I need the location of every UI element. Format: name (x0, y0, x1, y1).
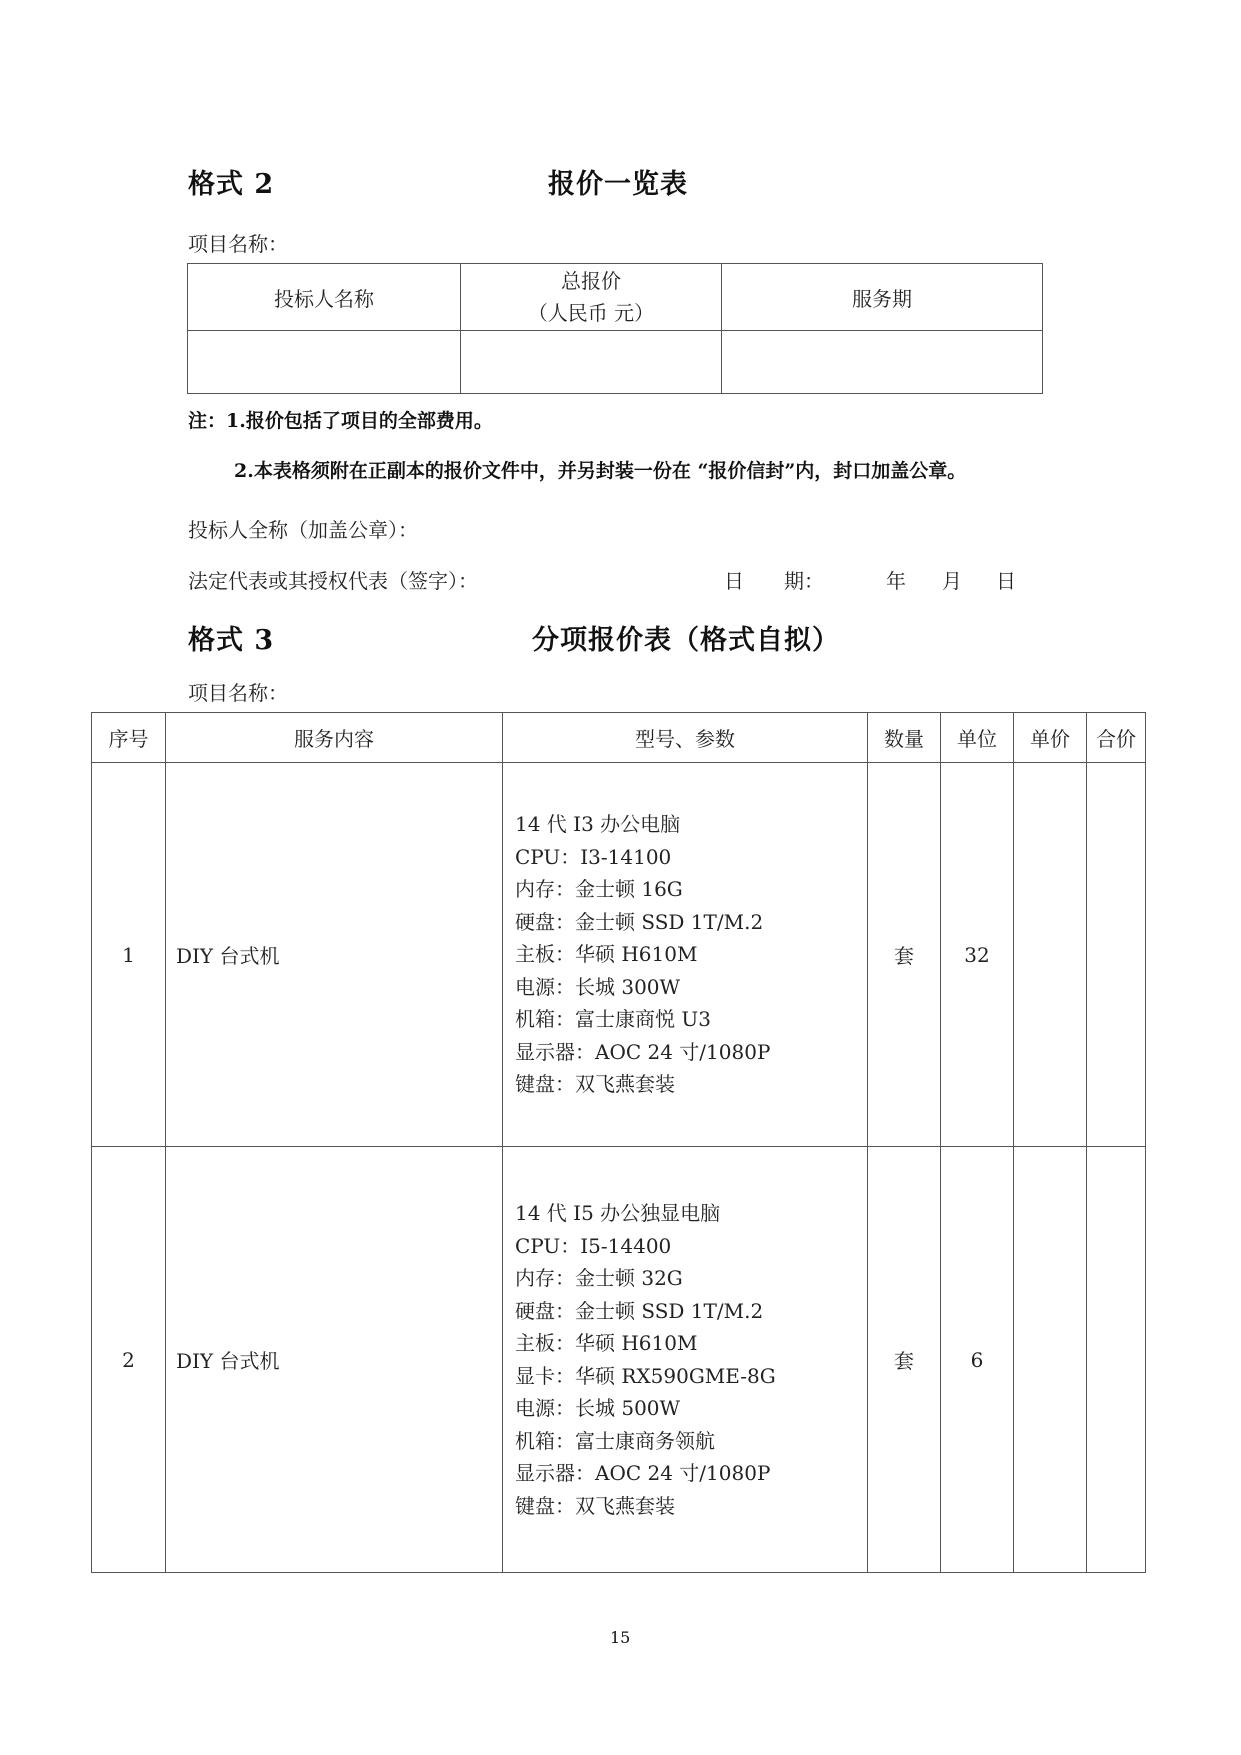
row-unit: 6 (941, 1147, 1014, 1573)
header-unit-price: 单价 (1014, 713, 1087, 763)
date-year: 年 (886, 565, 906, 594)
spec-line: 键盘：双飞燕套装 (515, 1490, 866, 1523)
spec-line: 内存：金士顿 32G (515, 1262, 866, 1295)
format2-label: 格式 2 (188, 162, 274, 201)
spec-line: 硬盘：金士顿 SSD 1T/M.2 (515, 1295, 866, 1328)
header-total: 合价 (1087, 713, 1146, 763)
row-qty: 套 (868, 763, 941, 1147)
spec-line: 显卡：华硕 RX590GME-8G (515, 1360, 866, 1393)
note-2: 2.本表格须附在正副本的报价文件中，并另封装一份在 “报价信封”内，封口加盖公章… (234, 456, 966, 483)
row-content: DIY 台式机 (166, 763, 503, 1147)
row-unit-price[interactable] (1014, 763, 1087, 1147)
row-unit: 32 (941, 763, 1014, 1147)
header-specs: 型号、参数 (503, 713, 868, 763)
row-total[interactable] (1087, 763, 1146, 1147)
row-specs: 14 代 I3 办公电脑 CPU：I3-14100 内存：金士顿 16G 硬盘：… (503, 763, 868, 1147)
spec-line: 14 代 I5 办公独显电脑 (515, 1197, 866, 1230)
total-price-currency: （人民币 元） (462, 297, 720, 329)
format2-title: 报价一览表 (548, 162, 688, 201)
spec-line: 硬盘：金士顿 SSD 1T/M.2 (515, 906, 866, 939)
table-row: 1 DIY 台式机 14 代 I3 办公电脑 CPU：I3-14100 内存：金… (92, 763, 1146, 1147)
row-qty: 套 (868, 1147, 941, 1573)
spec-line: 14 代 I3 办公电脑 (515, 808, 866, 841)
total-price-label: 总报价 (462, 265, 720, 297)
spec-line: 电源：长城 500W (515, 1392, 866, 1425)
date-day: 日 (996, 565, 1016, 594)
date-label: 日 期： (724, 565, 824, 594)
header-unit: 单位 (941, 713, 1014, 763)
spec-line: 显示器：AOC 24 寸/1080P (515, 1457, 866, 1490)
cell-total-price[interactable] (461, 331, 722, 394)
header-service-period: 服务期 (722, 264, 1043, 331)
spec-line: 主板：华硕 H610M (515, 1327, 866, 1360)
row-no: 1 (92, 763, 166, 1147)
header-qty: 数量 (868, 713, 941, 763)
spec-line: 机箱：富士康商悦 U3 (515, 1003, 866, 1036)
format3-title: 分项报价表（格式自拟） (532, 618, 840, 657)
row-no: 2 (92, 1147, 166, 1573)
spec-line: 电源：长城 300W (515, 971, 866, 1004)
spec-line: 内存：金士顿 16G (515, 873, 866, 906)
row-specs: 14 代 I5 办公独显电脑 CPU：I5-14400 内存：金士顿 32G 硬… (503, 1147, 868, 1573)
note-1: 注：1.报价包括了项目的全部费用。 (188, 406, 493, 433)
page-number: 15 (610, 1628, 630, 1647)
date-month: 月 (942, 565, 962, 594)
header-total-price: 总报价 （人民币 元） (461, 264, 722, 331)
row-total[interactable] (1087, 1147, 1146, 1573)
row-unit-price[interactable] (1014, 1147, 1087, 1573)
spec-line: 机箱：富士康商务领航 (515, 1425, 866, 1458)
table-row: 2 DIY 台式机 14 代 I5 办公独显电脑 CPU：I5-14400 内存… (92, 1147, 1146, 1573)
header-bidder-name: 投标人名称 (188, 264, 461, 331)
itemized-quote-table: 序号 服务内容 型号、参数 数量 单位 单价 合价 1 DIY 台式机 14 代… (91, 712, 1146, 1573)
cell-service-period[interactable] (722, 331, 1043, 394)
quote-summary-table: 投标人名称 总报价 （人民币 元） 服务期 (187, 263, 1043, 394)
bidder-full-name-label: 投标人全称（加盖公章）： (188, 514, 418, 543)
header-no: 序号 (92, 713, 166, 763)
legal-rep-label: 法定代表或其授权代表（签字）： (188, 565, 478, 594)
header-content: 服务内容 (166, 713, 503, 763)
format2-project-label: 项目名称： (188, 228, 288, 257)
spec-line: CPU：I5-14400 (515, 1230, 866, 1263)
spec-line: CPU：I3-14100 (515, 841, 866, 874)
spec-line: 主板：华硕 H610M (515, 938, 866, 971)
row-content: DIY 台式机 (166, 1147, 503, 1573)
cell-bidder-name[interactable] (188, 331, 461, 394)
spec-line: 显示器：AOC 24 寸/1080P (515, 1036, 866, 1069)
spec-line: 键盘：双飞燕套装 (515, 1068, 866, 1101)
format3-label: 格式 3 (188, 618, 274, 657)
format3-project-label: 项目名称： (188, 677, 288, 706)
